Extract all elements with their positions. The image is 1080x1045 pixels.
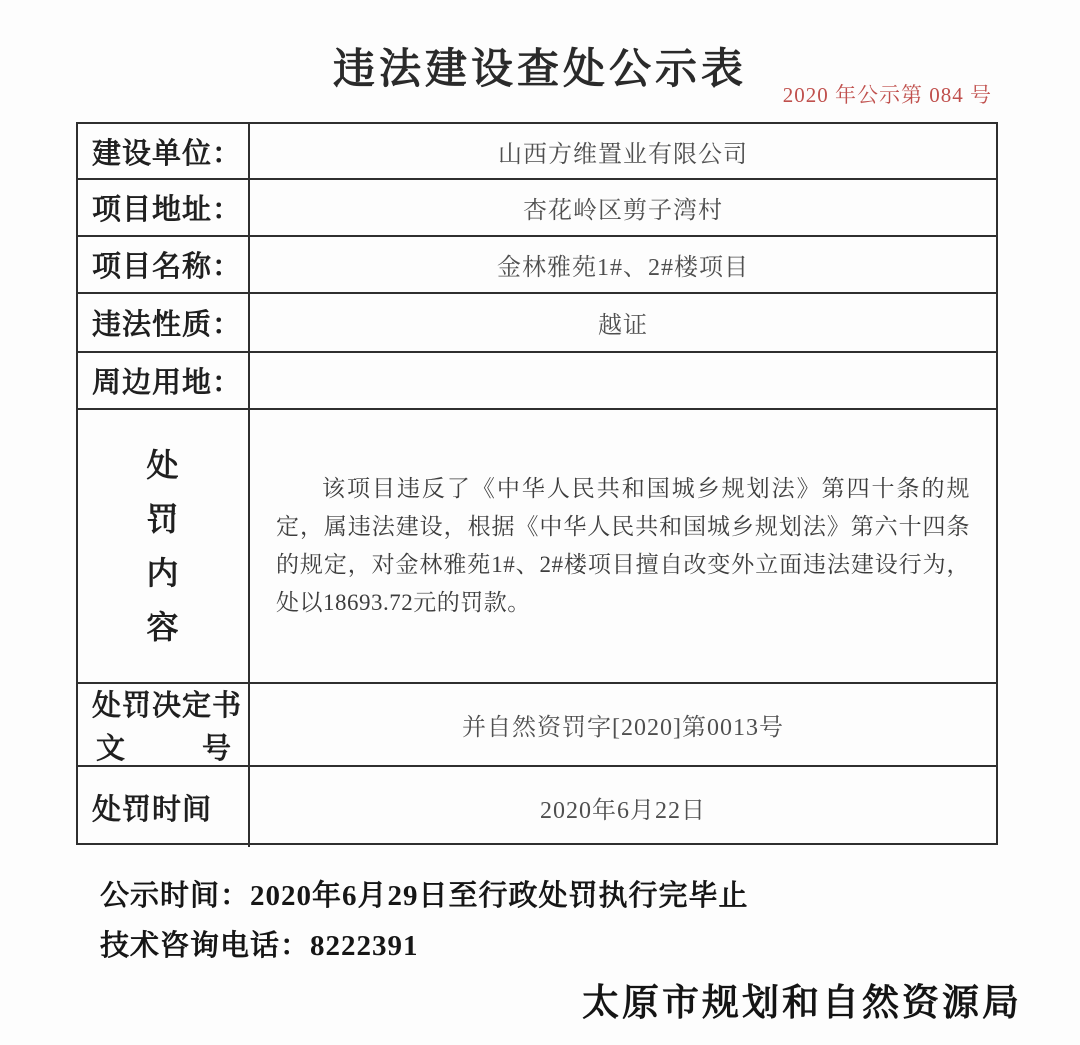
table-row-violation-nature: 违法性质： 越证 <box>78 294 996 353</box>
penalty-content-cell: 该项目违反了《中华人民共和国城乡规划法》第四十条的规定，属违法建设，根据《中华人… <box>250 410 996 682</box>
issuing-agency: 太原市规划和自然资源局 <box>582 972 1022 1026</box>
row-value: 杏花岭区剪子湾村 <box>250 180 996 235</box>
row-value: 越证 <box>250 294 996 351</box>
row-label: 项目名称： <box>78 237 250 292</box>
penalty-label-char: 罚 <box>146 499 179 539</box>
decision-label-wen: 文 <box>96 726 126 767</box>
table-row-penalty-time: 处罚时间 2020年6月22日 <box>78 767 996 847</box>
table-row-decision-number: 处罚决定书 文 号 并自然资罚字[2020]第0013号 <box>78 684 996 767</box>
row-value: 金林雅苑1#、2#楼项目 <box>250 237 996 292</box>
row-label: 周边用地： <box>78 353 250 408</box>
table-row-project-name: 项目名称： 金林雅苑1#、2#楼项目 <box>78 237 996 294</box>
penalty-content-text: 该项目违反了《中华人民共和国城乡规划法》第四十条的规定，属违法建设，根据《中华人… <box>276 470 970 622</box>
penalty-label: 处 罚 内 容 <box>78 410 250 682</box>
row-label: 项目地址： <box>78 180 250 235</box>
decision-number-value: 并自然资罚字[2020]第0013号 <box>250 684 996 765</box>
penalty-label-char: 内 <box>146 553 179 593</box>
row-label: 违法性质： <box>78 294 250 351</box>
table-row-surrounding-land: 周边用地： <box>78 353 996 410</box>
row-value: 山西方维置业有限公司 <box>250 124 996 178</box>
table-row-project-address: 项目地址： 杏花岭区剪子湾村 <box>78 180 996 237</box>
penalty-time-label: 处罚时间 <box>78 767 250 847</box>
doc-number: 2020 年公示第 084 号 <box>783 79 992 109</box>
row-label: 建设单位： <box>78 124 250 178</box>
decision-label-line2: 文 号 <box>96 726 232 767</box>
decision-label: 处罚决定书 文 号 <box>78 684 250 765</box>
publicity-period-line: 公示时间：2020年6月29日至行政处罚执行完毕止 <box>100 873 749 914</box>
decision-label-line1: 处罚决定书 <box>92 683 242 724</box>
row-value <box>250 353 996 408</box>
table-row-construction-unit: 建设单位： 山西方维置业有限公司 <box>78 124 996 180</box>
penalty-label-char: 处 <box>146 445 179 485</box>
table-row-penalty-content: 处 罚 内 容 该项目违反了《中华人民共和国城乡规划法》第四十条的规定，属违法建… <box>78 410 996 684</box>
penalty-time-value: 2020年6月22日 <box>250 767 996 847</box>
document-page: 违法建设查处公示表 2020 年公示第 084 号 建设单位： 山西方维置业有限… <box>0 0 1080 1045</box>
decision-label-hao: 号 <box>202 726 232 767</box>
penalty-label-char: 容 <box>146 607 179 647</box>
publicity-table: 建设单位： 山西方维置业有限公司 项目地址： 杏花岭区剪子湾村 项目名称： 金林… <box>76 122 998 845</box>
consult-phone-line: 技术咨询电话：8222391 <box>100 923 419 964</box>
